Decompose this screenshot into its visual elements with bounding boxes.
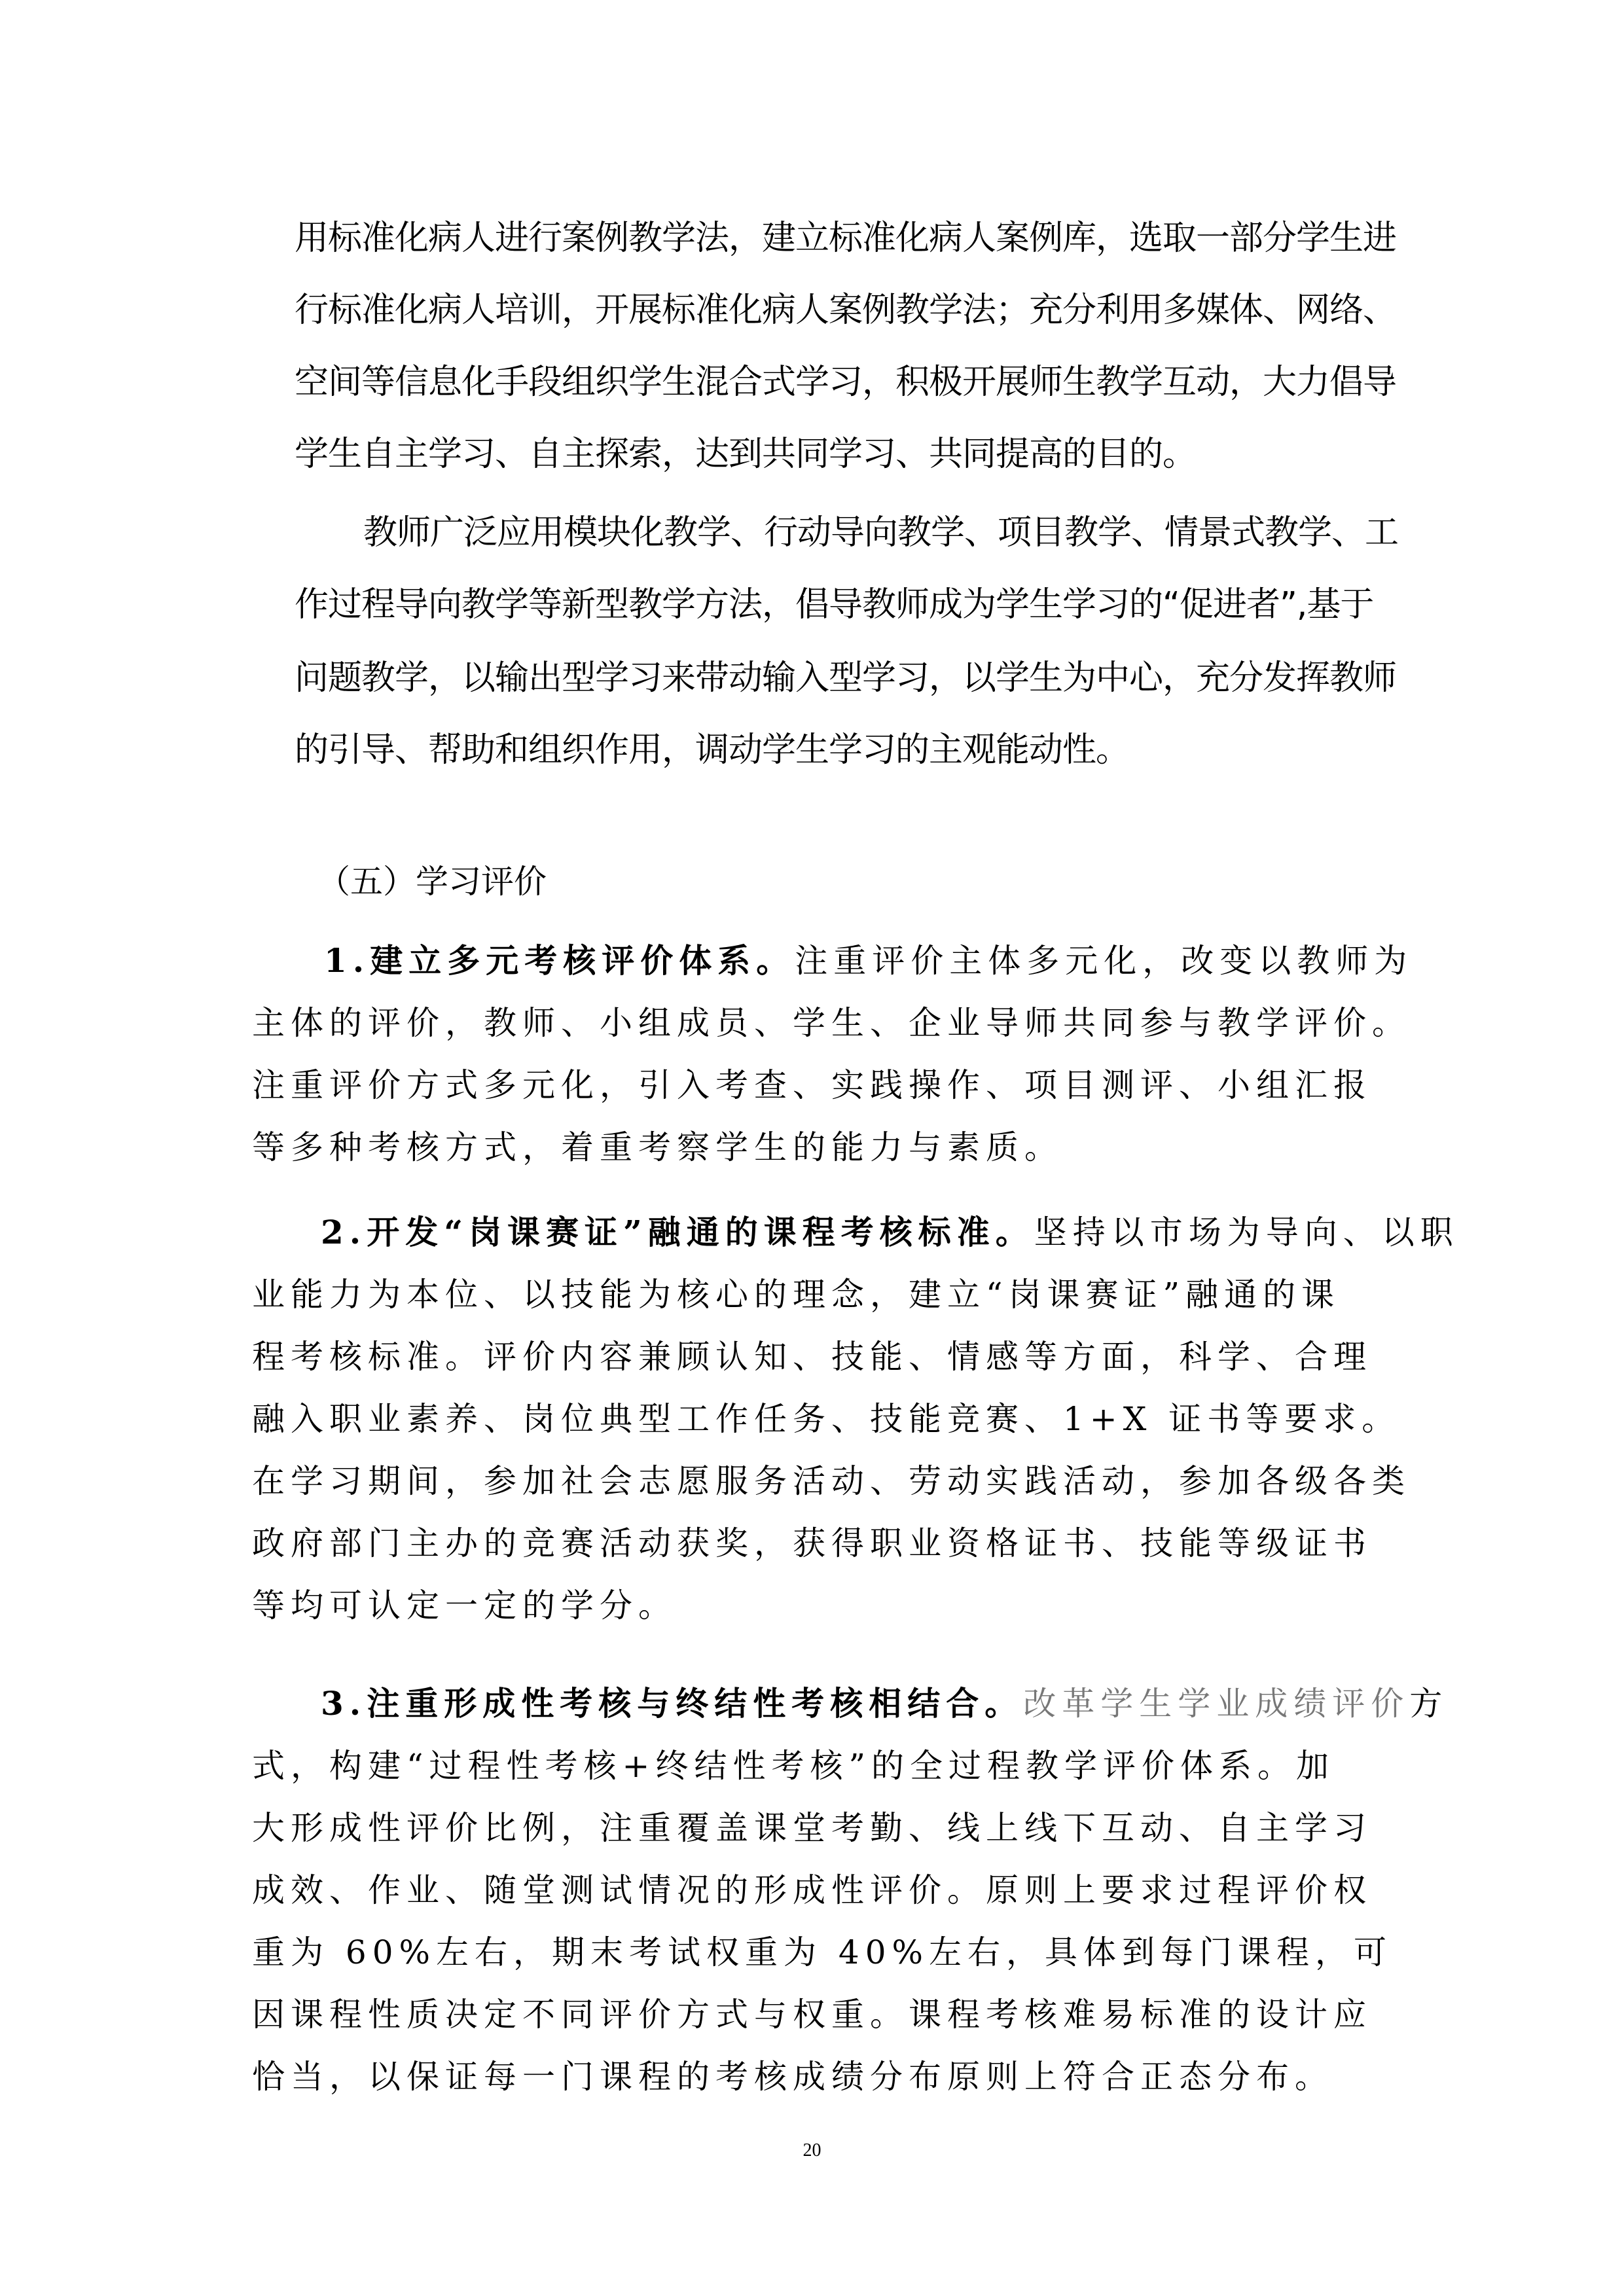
item-1-first-line: 1.建立多元考核评价体系。注重评价主体多元化，改变以教师为 — [324, 944, 1413, 977]
item-1-title: 1.建立多元考核评价体系。 — [324, 941, 795, 980]
paragraph-line: 学生自主学习、自主探索，达到共同学习、共同提高的目的。 — [295, 437, 1196, 471]
paragraph-line: 的引导、帮助和组织作用，调动学生学习的主观能动性。 — [295, 733, 1129, 767]
paragraph-line: 注重评价方式多元化，引入考查、实践操作、项目测评、小组汇报 — [252, 1069, 1372, 1102]
paragraph-line: 政府部门主办的竞赛活动获奖，获得职业资格证书、技能等级证书 — [252, 1527, 1372, 1560]
paragraph-line: 因课程性质决定不同评价方式与权重。课程考核难易标准的设计应 — [252, 1998, 1372, 2031]
item-3-title: 3.注重形成性考核与终结性考核相结合。 — [321, 1684, 1023, 1723]
item-3-first-line: 3.注重形成性考核与终结性考核相结合。改革学生学业成绩评价方 — [321, 1687, 1448, 1720]
paragraph-line: 等均可认定一定的学分。 — [252, 1589, 677, 1622]
item-2-first-line: 2.开发“岗课赛证”融通的课程考核标准。坚持以市场为导向、以职 — [321, 1216, 1459, 1249]
document-page: 用标准化病人进行案例教学法，建立标准化病人案例库，选取一部分学生进 行标准化病人… — [0, 0, 1624, 2296]
paragraph-line: 主体的评价，教师、小组成员、学生、企业导师共同参与教学评价。 — [252, 1007, 1411, 1039]
paragraph-line: 在学习期间，参加社会志愿服务活动、劳动实践活动，参加各级各类 — [252, 1465, 1411, 1498]
item-1-text: 注重评价主体多元化，改变以教师为 — [795, 942, 1413, 980]
paragraph-line: 程考核标准。评价内容兼顾认知、技能、情感等方面，科学、合理 — [252, 1340, 1372, 1373]
paragraph-line: 融入职业素养、岗位典型工作任务、技能竞赛、1+X 证书等要求。 — [252, 1403, 1400, 1435]
page-number: 20 — [0, 2140, 1624, 2161]
paragraph-line: 业能力为本位、以技能为核心的理念，建立“岗课赛证”融通的课 — [252, 1278, 1340, 1311]
section-heading: （五）学习评价 — [317, 865, 547, 898]
paragraph-line: 恰当，以保证每一门课程的考核成绩分布原则上符合正态分布。 — [252, 2060, 1333, 2093]
paragraph-line: 大形成性评价比例，注重覆盖课堂考勤、线上线下互动、自主学习 — [252, 1812, 1372, 1844]
paragraph-line: 教师广泛应用模块化教学、行动导向教学、项目教学、情景式教学、工 — [363, 516, 1398, 550]
paragraph-line: 式，构建“过程性考核+终结性考核”的全过程教学评价体系。加 — [252, 1749, 1335, 1782]
item-3-gray-text: 改革学生学业成绩评价 — [1023, 1685, 1409, 1723]
item-2-title: 2.开发“岗课赛证”融通的课程考核标准。 — [321, 1213, 1034, 1251]
paragraph-line: 等多种考核方式，着重考察学生的能力与素质。 — [252, 1131, 1063, 1164]
item-2-text: 坚持以市场为导向、以职 — [1034, 1213, 1459, 1251]
paragraph-line: 问题教学，以输出型学习来带动输入型学习，以学生为中心，充分发挥教师 — [295, 661, 1396, 695]
paragraph-line: 空间等信息化手段组织学生混合式学习，积极开展师生教学互动，大力倡导 — [295, 365, 1396, 399]
paragraph-line: 重为 60%左右，期末考试权重为 40%左右，具体到每门课程，可 — [252, 1936, 1392, 1969]
paragraph-line: 作过程导向教学等新型教学方法，倡导教师成为学生学习的“促进者”,基于 — [295, 588, 1373, 622]
item-3-text-end: 方 — [1409, 1685, 1448, 1723]
paragraph-line: 用标准化病人进行案例教学法，建立标准化病人案例库，选取一部分学生进 — [295, 221, 1396, 255]
paragraph-line: 行标准化病人培训，开展标准化病人案例教学法；充分利用多媒体、网络、 — [295, 293, 1396, 327]
paragraph-line: 成效、作业、随堂测试情况的形成性评价。原则上要求过程评价权 — [252, 1874, 1372, 1907]
